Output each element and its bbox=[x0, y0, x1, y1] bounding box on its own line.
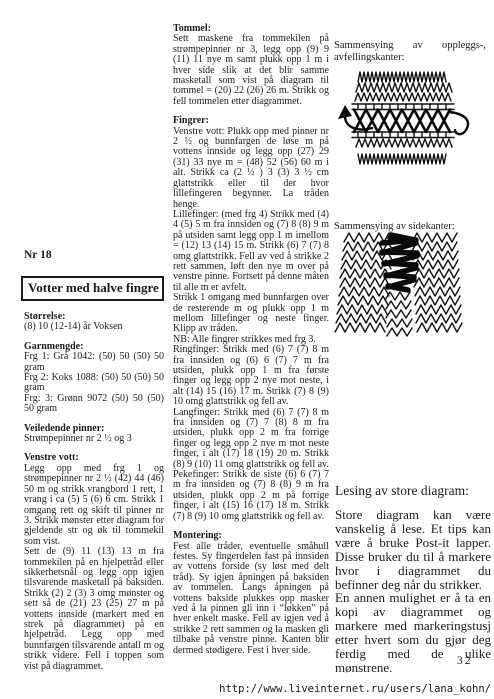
assembly-section: Montering: Fest alle tråder, eventuelle … bbox=[173, 531, 329, 656]
fingers-paragraph: Venstre vott: Plukk opp med pinner nr 2 … bbox=[173, 127, 329, 210]
middle-column: Tommel: Sett maskene fra tommekilen på s… bbox=[173, 24, 329, 656]
needles-section: Veiledende pinner: Strømpepinner nr 2 ½ … bbox=[24, 424, 164, 445]
seam-edges-diagram bbox=[336, 70, 476, 166]
scanned-pattern-page: Nr 18 Votter med halve fingre Størrelse:… bbox=[0, 0, 494, 699]
left-mitten-section: Venstre vott: Legg opp med frg 1 og strø… bbox=[24, 453, 164, 672]
size-value: (8) 10 (12-14) år Voksen bbox=[24, 322, 164, 332]
arrow-up-left-icon bbox=[338, 105, 352, 119]
fingers-section: Fingrer: Venstre vott: Plukk opp med pin… bbox=[173, 116, 329, 522]
watermark-url: http://www.liveinternet.ru/users/lana_ko… bbox=[219, 683, 491, 695]
thumb-section: Tommel: Sett maskene fra tommekilen på s… bbox=[173, 24, 329, 107]
left-column: Nr 18 Votter med halve fingre Størrelse:… bbox=[24, 249, 164, 672]
seam-edges-caption: Sammensying av oppleggs-, avfellingskant… bbox=[334, 40, 486, 63]
page-number: 32 bbox=[457, 655, 473, 667]
pattern-title: Votter med halve fingre bbox=[28, 280, 159, 295]
reading-heading: Lesing av store diagram: bbox=[335, 483, 469, 498]
left-mitten-paragraph: Legg opp med frg 1 og strømpepinner nr 2… bbox=[24, 464, 164, 547]
yarn-line: Frg 1: Grå 1042: (50) 50 (50) 50 gram bbox=[24, 352, 164, 373]
assembly-paragraph: Fest alle tråder, eventuelle småhull fes… bbox=[173, 542, 329, 656]
right-column: Sammensying av oppleggs-, avfellingskant… bbox=[332, 40, 492, 680]
yarn-line: Frg 2: Koks 1088: (50) 50 (50) 50 gram bbox=[24, 373, 164, 394]
seam-sides-diagram bbox=[332, 230, 466, 342]
reading-paragraph: Store diagram kan være vanskelig å lese.… bbox=[335, 508, 491, 591]
fingers-paragraph: Pekefinger: Strikk de siste (6) 6 (7) 7 … bbox=[173, 470, 329, 522]
fingers-paragraph: Lillefinger: (med frg 4) Strikk med (4) … bbox=[173, 210, 329, 293]
fingers-paragraph: Langfinger: Strikk med (6) 7 (7) 8 m fra… bbox=[173, 408, 329, 470]
yarn-section: Garnmengde: Frg 1: Grå 1042: (50) 50 (50… bbox=[24, 342, 164, 415]
thumb-paragraph: Sett maskene fra tommekilen på strømpepi… bbox=[173, 34, 329, 107]
yarn-line: Frg: 3: Grønn 9072 (50) 50 (50) 50 gram bbox=[24, 394, 164, 415]
pattern-title-box: Votter med halve fingre bbox=[21, 276, 164, 301]
assembly-heading: Montering: bbox=[173, 531, 329, 541]
fingers-paragraph: Ringfinger: Strikk med (6) 7 (7) 8 m fra… bbox=[173, 345, 329, 407]
size-section: Størrelse: (8) 10 (12-14) år Voksen bbox=[24, 312, 164, 333]
needles-value: Strømpepinner nr 2 ½ og 3 bbox=[24, 434, 164, 444]
pattern-number: Nr 18 bbox=[24, 249, 164, 261]
left-mitten-paragraph: Sett de (9) 11 (13) 13 m fra tommekilen … bbox=[24, 547, 164, 672]
reading-section: Store diagram kan være vanskelig å lese.… bbox=[335, 508, 491, 675]
fingers-paragraph: Strikk 1 omgang med bunnfargen over de r… bbox=[173, 293, 329, 335]
